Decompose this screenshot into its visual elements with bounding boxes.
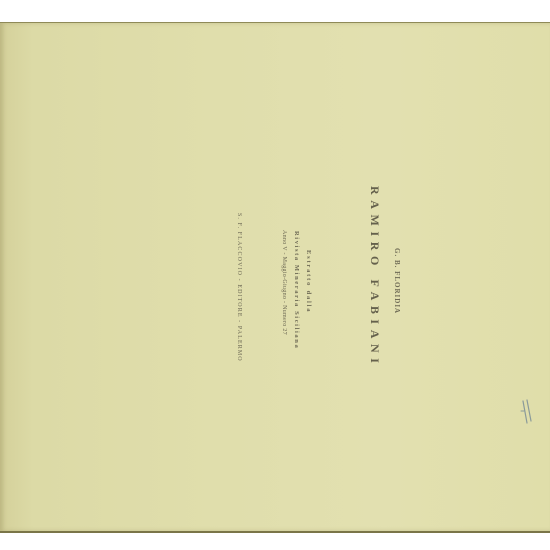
handwritten-pencil-mark-icon bbox=[518, 399, 534, 425]
extract-label: Estratto dalla bbox=[305, 250, 312, 313]
author-name: G. B. FLORIDIA bbox=[393, 248, 401, 314]
journal-name: Rivista Mineraria Siciliana bbox=[293, 231, 300, 349]
publisher-line: S. F. FLACCOVIO - EDITORE - PALERMO bbox=[236, 213, 242, 362]
document-cover-page: G. B. FLORIDIA RAMIRO FABIANI Estratto d… bbox=[0, 22, 550, 533]
document-title: RAMIRO FABIANI bbox=[367, 186, 382, 369]
issue-info: Anno V - Maggio-Giugno - Numero 27 bbox=[281, 230, 287, 335]
